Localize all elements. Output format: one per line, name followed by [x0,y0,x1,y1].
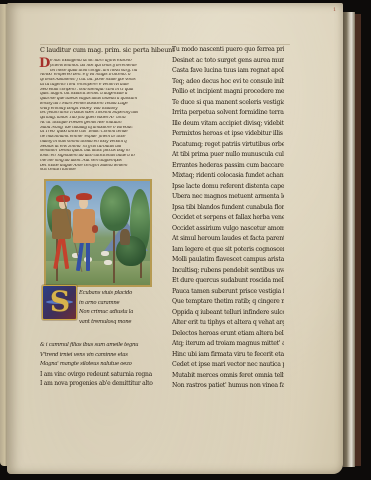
verse-line: Non rastros patiet' humus non vinea falc… [172,381,284,392]
verse-line: Oppida q iubeant telluri infindere sulco… [172,308,284,319]
verse-line: I am vinc ovirgo redeunt saturnia regna [40,370,156,380]
verse-line: Ille deum vitam accipiet divisq; videbit [172,119,284,130]
illuminated-initial: S [42,285,77,320]
verse-line: Mutabit merces omnis feret omnia tellus [172,371,284,382]
verse-line: Casta fave lucina tuus iam regnat apollo [172,66,284,77]
red-cap [76,193,92,200]
verse-line: Non crimuc adiusta la [79,308,159,318]
verses-beside-initial: Ecubans viuis placidoin arno caramneNon … [79,289,159,327]
book-binding [355,14,361,466]
verse-line: Tu modo nascenti puero quo ferrea primu [172,45,284,56]
verse-line: vant tremulosq mone [79,318,159,328]
commentary-block: De hac indiligenti ut sic libri: affins … [40,59,152,173]
verse-line: Ipse lacte domu referent distenta capell… [172,182,284,193]
folio-number: 1 [333,7,336,13]
verse-line: Pollio et incipient magni procedere mens… [172,87,284,98]
verse-line: Ubera nec magnos metuent armenta leones [172,192,284,203]
verse-line: Pacatumq; reget patriis virtutibus orbem [172,140,284,151]
verse-line: Atq; iterum ad troiam magnus mittet' ach… [172,339,284,350]
verse-line: I am nova progenies ab'e demittitur alto [40,379,156,389]
left-column: C lauditur cum mag. prim. sic perta hibe… [40,46,152,173]
pouch [92,225,98,233]
verse-line: Cedet et ipse mari vector nec nautica pi… [172,360,284,371]
sheep [104,260,112,265]
verse-line: Irrita perpetua solvent formidine terras [172,108,284,119]
sheep [101,251,109,256]
verse-line: Mixtaq; ridenti colocasia fundet achanto [172,171,284,182]
verse-line: Permixtos heroas et ipse videbitur illis [172,129,284,140]
verse-line: Hinc ubi iam firmata viru te fecerit eta… [172,350,284,361]
verse-line: Errantes hederas passim cum baccare tell… [172,161,284,172]
miniature-illustration [44,179,152,287]
verse-line: Delectos heroas erunt etiam altera bella [172,329,284,340]
verse-line: Alter erit tu tiphys et altera q vehat a… [172,318,284,329]
right-column: Tu modo nascenti puero quo ferrea primuD… [172,45,284,392]
verse-line: Te duce si qua manent sceleris vestigia … [172,98,284,109]
verse-line: At tibi prima puer nullo munuscula cultu [172,150,284,161]
verse-line: Iam legere et que sit poteris cognoscere… [172,245,284,256]
initial-letter: S [47,287,73,317]
verse-line: Teq; adeo decus hoc evi te consule inibi… [172,77,284,88]
verse-line: Magna' mangte siloteus nalutue oezo [40,360,156,370]
verse-line: Occidet et serpens et fallax herba venen… [172,213,284,224]
verse-line: Desinet ac toto surget gens aurea mundo [172,56,284,67]
verse-line: Et dure quercus sudabunt roscida mella [172,276,284,287]
commentary-line: scit celturi lumine [40,168,152,173]
verse-line: Ecubans viuis placido [79,289,159,299]
tree [100,186,130,231]
verse-line: Occidet assirium vulgo nascetur amomu [172,224,284,235]
manuscript-folio: 1 C lauditur cum mag. prim. sic perta hi… [0,0,371,480]
page-block-edge [343,12,355,467]
verse-line: Molli paulatim flavescet campus arista [172,255,284,266]
verse-line: Que temptare thetim ratib; q cingere mur… [172,297,284,308]
verse-line: in arno caramne [79,299,159,309]
verse-line: Incultisq; rubens pendebit sentibus uva [172,266,284,277]
rubric-header: C lauditur cum mag. prim. sic perta hibe… [40,46,152,54]
red-initial: D [39,57,50,70]
verse-line: Pauca tamen suberunt prisce vestigia fra… [172,287,284,298]
hermit-figure [120,229,130,245]
verse-line: At simul heroum laudes et facta parentis [172,234,284,245]
verse-line: & i cammul filias ibus sum ameile tegnu [40,341,156,351]
verses-below-initial: & i cammul filias ibus sum ameile tegnuV… [40,341,156,389]
verse-line: V'trend irniei vens vin caminne etas [40,351,156,361]
verse-line: Ipsa tibi blandos fundent cunabula flore… [172,203,284,214]
